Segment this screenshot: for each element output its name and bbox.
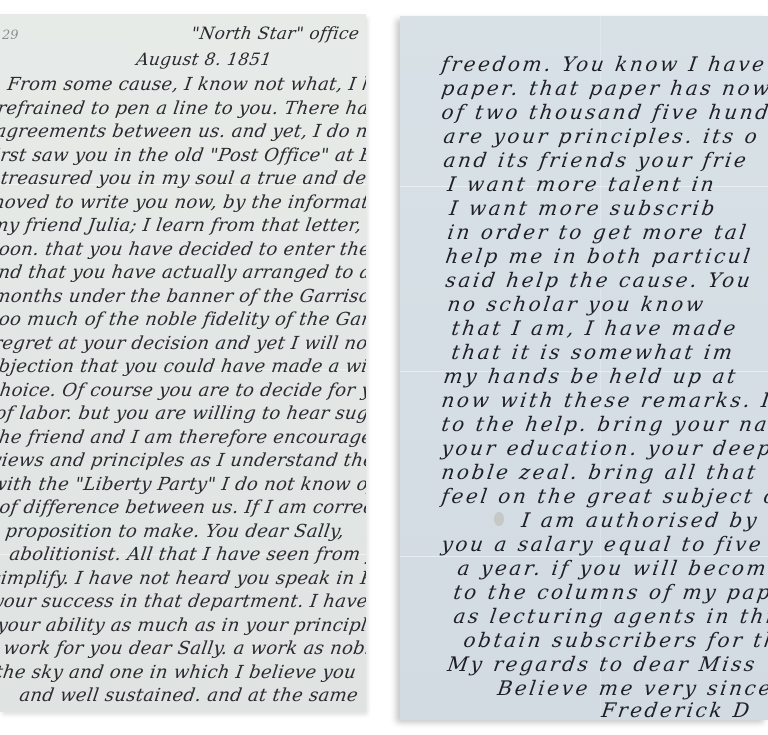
handwritten-line: obtain subscribers for the (462, 628, 768, 652)
handwritten-line: views and principles as I understand the… (0, 450, 366, 471)
handwritten-line: help me in both particul (444, 244, 754, 268)
handwritten-line: now with these remarks. I (440, 388, 768, 412)
handwritten-line: that it is somewhat im (450, 340, 736, 364)
handwritten-line: I want more talent in (446, 172, 718, 196)
handwritten-line: in order to get more tal (446, 220, 750, 244)
paper-stain (494, 512, 504, 526)
handwritten-line: My regards to dear Miss (446, 652, 759, 676)
letter-page-right: freedom. You know I have a paper. that p… (400, 16, 768, 720)
handwritten-line: refrained to pen a line to you. There ha… (0, 98, 366, 119)
handwritten-line: of two thousand five hund (440, 100, 768, 124)
handwritten-line: said help the cause. You (444, 268, 754, 292)
handwritten-line: first saw you in the old "Post Office" a… (0, 145, 366, 166)
handwritten-line: agreements between us. and yet, I do not… (0, 121, 366, 142)
handwritten-line: From some cause, I know not what, I have (6, 74, 366, 95)
handwritten-line: as lecturing agents in this (452, 604, 768, 628)
handwritten-line: months under the banner of the Garrisoni… (0, 286, 366, 307)
handwritten-line: are your principles. its o (442, 124, 761, 148)
handwritten-line: feel on the great subject of (440, 484, 768, 508)
handwritten-line: to the help. bring your nat (440, 412, 768, 436)
handwritten-line: with the "Liberty Party" I do not know o… (0, 474, 366, 495)
handwritten-line: my friend Julia; I learn from that lette… (0, 215, 366, 236)
handwritten-line: soon. that you have decided to enter the (0, 239, 366, 260)
handwritten-line: work for you dear Sally. a work as noble… (2, 638, 366, 659)
handwritten-line: choice. Of course you are to decide for … (0, 380, 366, 401)
handwritten-line: my hands be held up at (442, 364, 740, 388)
handwritten-line: abolitionist. All that I have seen from … (8, 544, 366, 565)
closing-line: Believe me very sincer (496, 676, 768, 700)
handwritten-line: you a salary equal to five hu (440, 532, 768, 556)
handwritten-line: objection that you could have made a wis… (0, 356, 366, 377)
handwritten-line: no scholar you know (446, 292, 707, 316)
handwritten-line: and its friends your frie (442, 148, 750, 172)
handwritten-line: and that you have actually arranged to a… (0, 262, 366, 283)
letter-date: August 8. 1851 (135, 50, 273, 70)
handwritten-line: I treasured you in my soul a true and de… (0, 168, 366, 189)
handwritten-line: your ability as much as in your principl… (0, 615, 366, 636)
handwritten-line: I am authorised by the Circu (520, 508, 768, 532)
handwritten-line: and well sustained. and at the same (18, 685, 359, 706)
signature: Frederick D (600, 698, 754, 720)
handwritten-line: a year. if you will become (456, 556, 768, 580)
handwritten-line: simplify. I have not heard you speak in … (0, 568, 366, 589)
handwritten-line: that I am, I have made (450, 316, 740, 340)
handwritten-line: paper. that paper has now (440, 76, 768, 100)
handwritten-line: proposition to make. You dear Sally, (4, 521, 346, 542)
handwritten-line: moved to write you now, by the informati… (0, 192, 366, 213)
letter-page-left: 29 "North Star" office August 8. 1851 Fr… (0, 14, 366, 712)
handwritten-line: the friend and I am therefore encouraged… (0, 427, 366, 448)
handwritten-line: of labor. but you are willing to hear su… (0, 403, 366, 424)
letterhead-office: "North Star" office (190, 24, 361, 44)
page-number-mark: 29 (2, 28, 19, 43)
handwritten-line: I want more subscrib (448, 196, 719, 220)
handwritten-line: freedom. You know I have a (440, 52, 768, 76)
handwritten-line: too much of the noble fidelity of the Ga… (0, 309, 366, 330)
handwritten-line: to the columns of my paper (452, 580, 768, 604)
handwritten-line: noble zeal. bring all that (440, 460, 759, 484)
handwritten-line: your education. your deep co (440, 436, 768, 460)
handwritten-line: regret at your decision and yet I will n… (0, 333, 366, 354)
handwritten-line: the sky and one in which I believe you (0, 662, 357, 683)
handwritten-line: of difference between us. If I am correc… (0, 497, 366, 518)
handwritten-line: your success in that department. I have … (0, 591, 366, 612)
